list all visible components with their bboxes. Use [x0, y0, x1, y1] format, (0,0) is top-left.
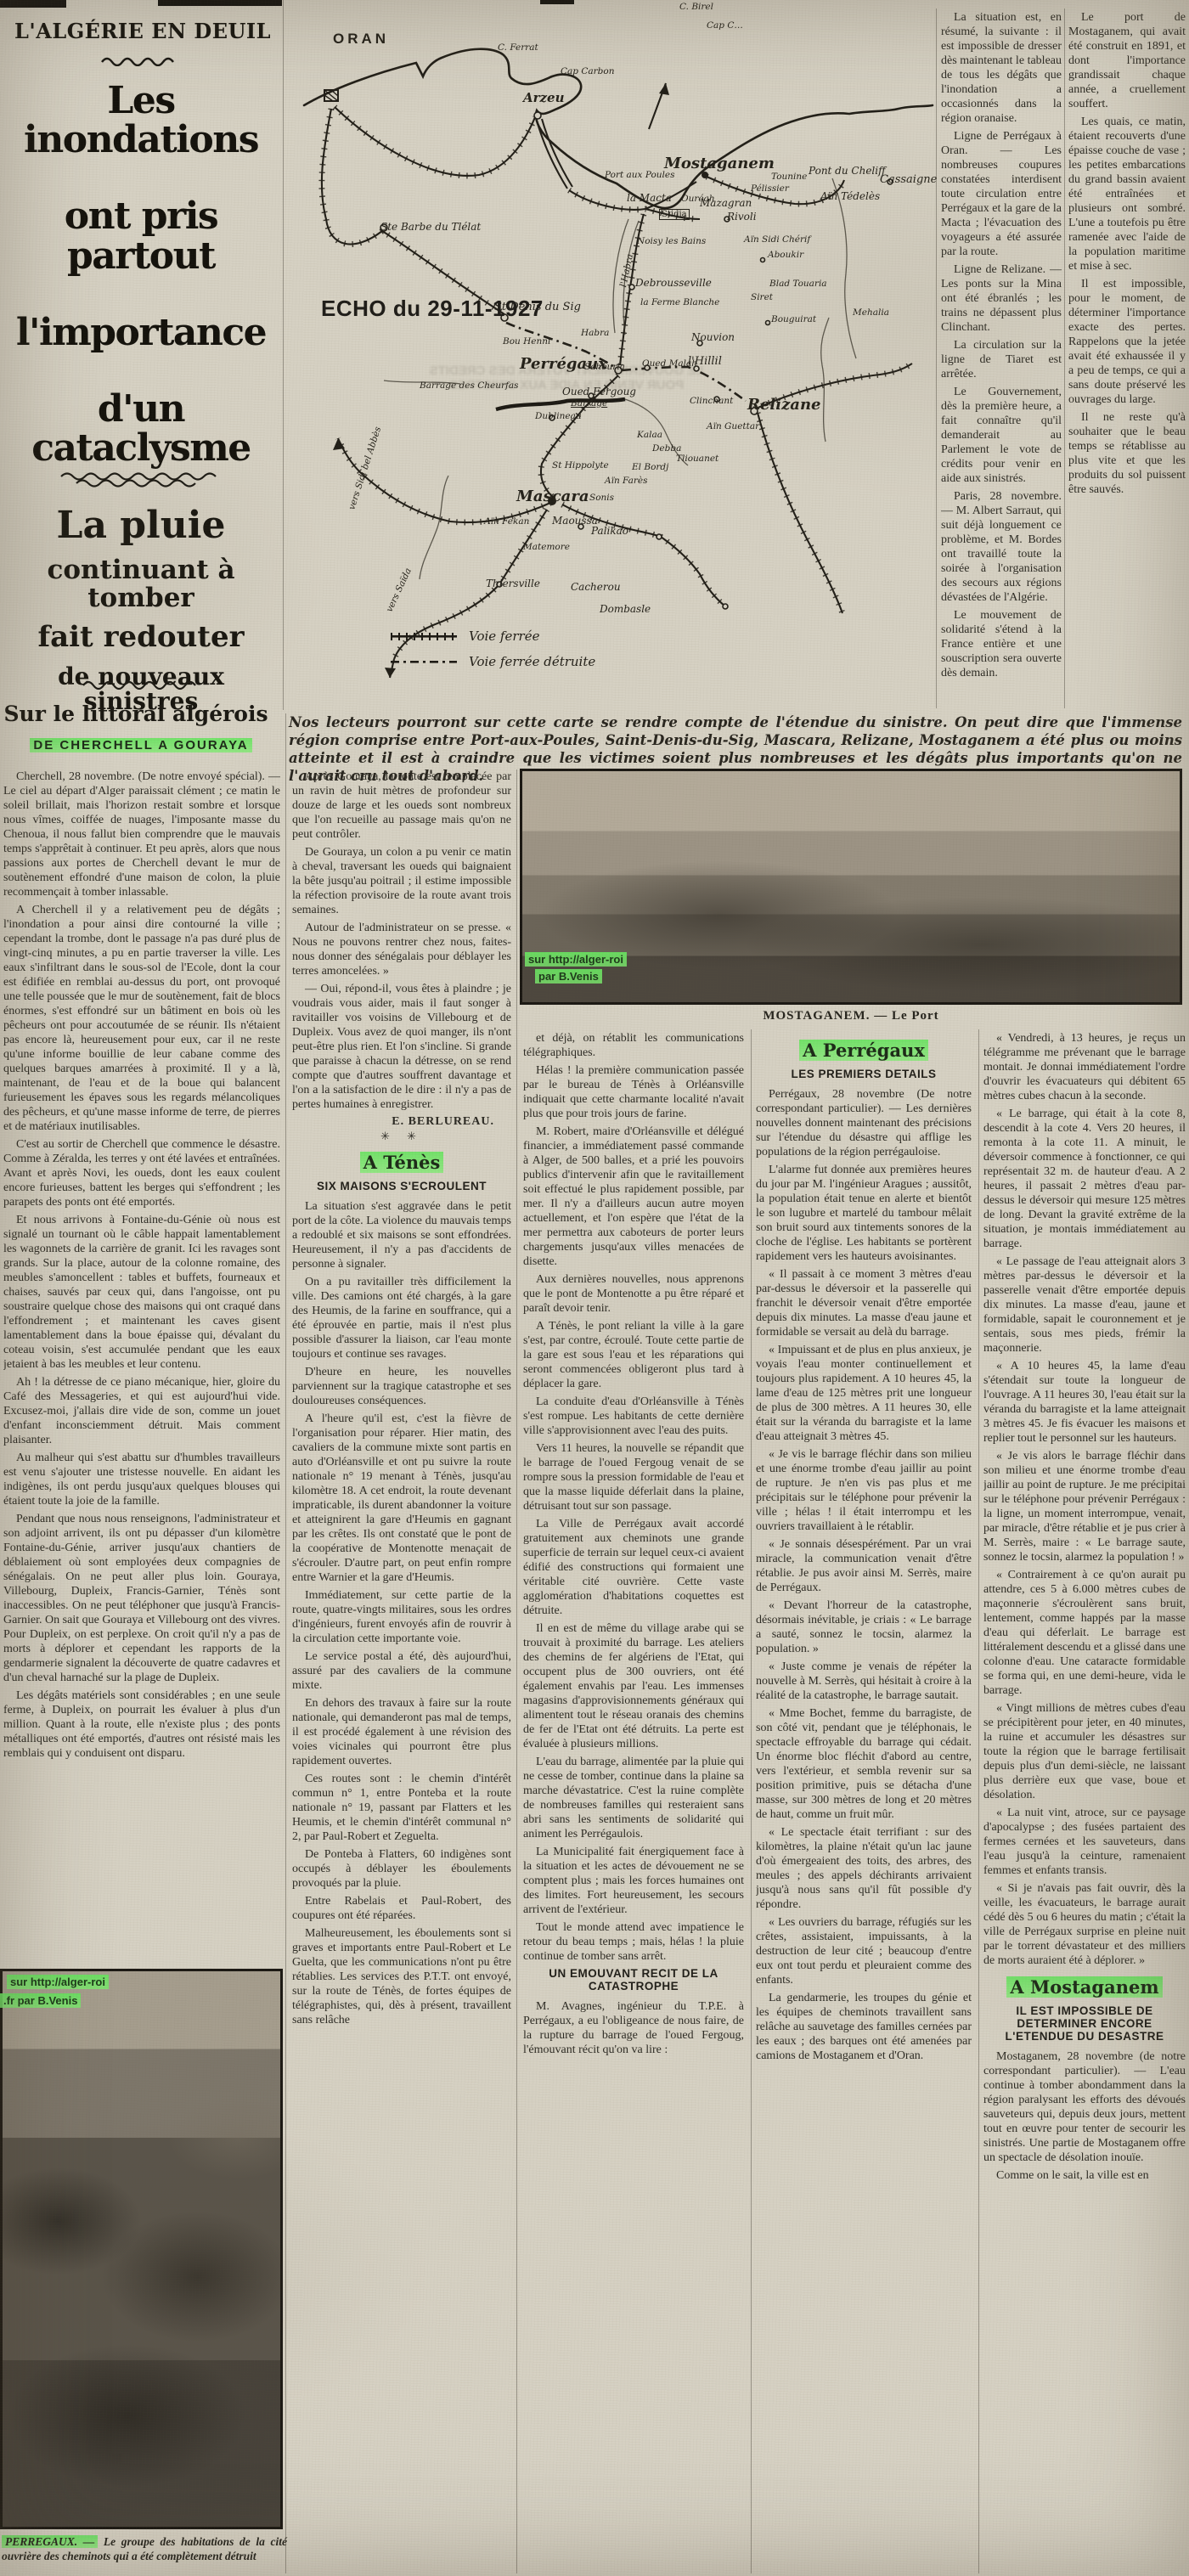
col-col2: Après Gouraya, la route est remplacée pa… [292, 769, 511, 2572]
paragraph: « Vingt millions de mètres cubes d'eau s… [983, 1701, 1186, 1802]
map-place-label: St Hippolyte [552, 460, 609, 471]
paragraph: « Le spectacle était terrifiant : sur de… [756, 1825, 972, 1912]
archive-stamp: ECHO du 29-11-1927 [321, 296, 544, 322]
map-place-label: Aïn Sidi Chérif [744, 234, 810, 245]
map-place-label: Arzeu [523, 90, 565, 105]
col-col3: et déjà, on rétablit les communications … [523, 1031, 744, 2573]
edition-overline: L'ALGÉRIE EN DEUIL [5, 19, 280, 43]
newspaper-page: { "masthead": { "overline": "L'ALGÉRIE E… [0, 0, 1189, 2576]
map-place-label: Relizane [747, 396, 821, 414]
paragraph: « Il passait à ce moment 3 mètres d'eau … [756, 1267, 972, 1339]
map-place-label: Barrage des Cheurfas [420, 380, 519, 391]
paragraph: Les dégâts matériels sont considérables … [3, 1688, 280, 1761]
paragraph: A Cherchell il y a relativement peu de d… [3, 903, 280, 1134]
map-place-label: Cap C… [707, 20, 743, 31]
column-rule [751, 1029, 752, 2573]
paragraph: Il est impossible, pour le moment, de dé… [1068, 277, 1186, 407]
legend-label: Voie ferrée détruite [469, 654, 595, 669]
paragraph: Au malheur qui s'est abattu sur d'humble… [3, 1451, 280, 1508]
paragraph: C'est au sortir de Cherchell que commenc… [3, 1137, 280, 1209]
mostaganem-photo-caption: MOSTAGANEM. — Le Port [520, 1009, 1182, 1023]
paragraph: Malheureusement, les éboulements sont si… [292, 1926, 511, 2027]
paragraph: « Vendredi, à 13 heures, je reçus un tél… [983, 1031, 1186, 1103]
map-place-label: Tliouanet [676, 454, 718, 464]
map-place-label: Noisy les Bains [637, 236, 706, 246]
paragraph: Cherchell, 28 novembre. (De notre envoyé… [3, 769, 280, 899]
map-place-label: Mascara [516, 488, 589, 505]
map-place-label: Palikao [591, 525, 628, 537]
headline-line: Les inondations [0, 82, 282, 160]
map-place-label: Oued Fergoug [562, 386, 636, 397]
paragraph: et déjà, on rétablit les communications … [523, 1031, 744, 1060]
column-rule [516, 769, 517, 2573]
map-place-label: ORAN [333, 31, 389, 48]
sub-headline-caps: LES PREMIERS DETAILS [761, 1068, 966, 1080]
paragraph: Ligne de Relizane. — Les ponts sur la Mi… [941, 262, 1062, 335]
map-place-label: Dublineau [535, 411, 582, 421]
destroyed-railway-line-icon [391, 658, 457, 666]
paragraph: Les quais, ce matin, étaient recouverts … [1068, 115, 1186, 273]
headline-line: La pluie [0, 506, 282, 545]
headline-line: d'un cataclysme [0, 390, 282, 468]
legend-label: Voie ferrée [469, 628, 539, 644]
paragraph: La gendarmerie, les troupes du génie et … [756, 1991, 972, 2063]
map-place-label: Oued Malah [642, 358, 697, 369]
paragraph: La situation s'est aggravée dans le peti… [292, 1199, 511, 1271]
headline-line: fait redouter [0, 623, 282, 653]
paragraph: Le port de Mostaganem, qui avait été con… [1068, 10, 1186, 111]
caption-highlight: PERREGAUX. — [2, 2535, 98, 2548]
section-kicker: DE CHERCHELL A GOURAYA [8, 738, 273, 753]
map-place-label: Kalaa [637, 430, 662, 440]
col-col1: Cherchell, 28 novembre. (De notre envoyé… [3, 769, 280, 1962]
paragraph: Ligne de Perrégaux à Oran. — Les nombreu… [941, 129, 1062, 259]
paragraph: Tout le monde attend avec impatience le … [523, 1920, 744, 1964]
top-rule-fragment [158, 0, 282, 6]
watermark: sur http://alger-roi [7, 1976, 109, 1988]
paragraph: Pendant que nous nous renseignons, l'adm… [3, 1512, 280, 1685]
paragraph: Le Gouvernement, dès la première heure, … [941, 385, 1062, 486]
paragraph: « A 10 heures 45, la lame d'eau s'étenda… [983, 1359, 1186, 1446]
asterism-divider: ✳ ✳ [292, 1130, 511, 1143]
squiggle-divider [59, 472, 221, 488]
map-place-label: Cacherou [571, 581, 621, 593]
legend-row: Voie ferrée détruite [391, 654, 595, 669]
paragraph: Perrégaux, 28 novembre (De notre corresp… [756, 1087, 972, 1159]
mostaganem-port-photo [520, 769, 1182, 1005]
top-rule-fragment [540, 0, 574, 4]
map-place-label: El Bordj [632, 462, 668, 472]
paragraph: Hélas ! la première communication passée… [523, 1063, 744, 1121]
paragraph: On a pu ravitailler très difficilement l… [292, 1275, 511, 1361]
map-place-label: Pont du Cheliff [809, 165, 886, 177]
map-place-label: Nouvion [691, 331, 735, 343]
map-place-label: Clinchant [690, 396, 733, 406]
paragraph: L'eau du barrage, alimentée par la pluie… [523, 1755, 744, 1841]
watermark: sur http://alger-roi [525, 953, 627, 966]
paragraph: Le service postal a été, dès aujourd'hui… [292, 1649, 511, 1693]
paragraph: M. Robert, maire d'Orléansville et délég… [523, 1125, 744, 1269]
top-rule-fragment [0, 0, 66, 8]
map-place-label: Pélissier [751, 183, 789, 194]
sub-headline-caps: UN EMOUVANT RECIT DE LA CATASTROPHE [528, 1967, 739, 1993]
col-colR1: La situation est, en résumé, la suivante… [941, 10, 1062, 708]
map-place-label: Aïn Fekan [484, 516, 529, 527]
sub-headline-caps: SIX MAISONS S'ECROULENT [297, 1180, 506, 1192]
map-place-label: Thiersville [486, 578, 540, 589]
kicker-highlight: DE CHERCHELL A GOURAYA [30, 738, 251, 753]
map-place-label: Debrousseville [635, 277, 712, 289]
map-place-label: Mazagran [700, 197, 752, 209]
headline-line: l'importance [0, 313, 282, 352]
map-place-label: Cassaigne [880, 173, 937, 186]
headline-line: continuant à tomber [0, 556, 282, 612]
paragraph: « La nuit vint, atroce, sur ce paysage d… [983, 1806, 1186, 1878]
sidebar-rule [283, 0, 284, 710]
paragraph: En dehors des travaux à faire sur la rou… [292, 1696, 511, 1768]
paragraph: « Mme Bochet, femme du barragiste, de so… [756, 1706, 972, 1822]
map-place-label: Aïn Tédelès [820, 190, 880, 202]
map-place-label: Tounine [771, 172, 807, 182]
map-place-label: Aïn Farès [605, 476, 648, 486]
map-place-label: Debba [652, 443, 681, 454]
map-place-label: Barrage [571, 398, 607, 409]
paragraph: « Si je n'avais pas fait ouvrir, dès la … [983, 1881, 1186, 1968]
column-rule [978, 1029, 979, 2573]
column-rule [1064, 8, 1065, 708]
paragraph: « Le barrage, qui était à la cote 8, des… [983, 1107, 1186, 1251]
map-place-label: Blad Touaria [769, 279, 827, 289]
flood-region-map: LE GOUVERNEMENT VOTERA DES CREDITS POUR … [282, 0, 938, 710]
railway-line-icon [391, 633, 457, 640]
map-legend: Voie ferréeVoie ferrée détruite [391, 628, 595, 679]
map-place-label: Sonis [589, 493, 614, 503]
section-subhead-highlight: A Ténès [292, 1152, 511, 1173]
paragraph: A Ténès, le pont reliant la ville à la g… [523, 1319, 744, 1391]
section-subhead-highlight: A Perrégaux [756, 1040, 972, 1061]
paragraph: Ah ! la détresse de ce piano mécanique, … [3, 1375, 280, 1447]
paragraph: La Municipalité fait énergiquement face … [523, 1845, 744, 1917]
watermark: par B.Venis [535, 970, 602, 983]
section-title: Sur le littoral algérois [0, 702, 272, 726]
paragraph: De Gouraya, un colon a pu venir ce matin… [292, 845, 511, 917]
map-place-label: C. Ferrat [498, 42, 538, 53]
paragraph: Le mouvement de solidarité s'étend à la … [941, 608, 1062, 680]
paragraph: « Les ouvriers du barrage, réfugiés sur … [756, 1915, 972, 1987]
perregaux-ruins-photo [0, 1969, 283, 2529]
col-col4: A PerrégauxLES PREMIERS DETAILSPerrégaux… [756, 1031, 972, 2573]
map-place-label: Mostaganem [664, 155, 775, 172]
squiggle-divider [100, 56, 182, 66]
paragraph: « Je vis alors le barrage fléchir dans s… [983, 1449, 1186, 1564]
paragraph: Et nous arrivons à Fontaine-du-Génie où … [3, 1213, 280, 1372]
watermark: .fr par B.Venis [0, 1994, 81, 2007]
paragraph: La Ville de Perrégaux avait accordé grat… [523, 1517, 744, 1618]
paragraph: Ces routes sont : le chemin d'intérêt co… [292, 1772, 511, 1844]
map-place-label: la Ferme Blanche [640, 297, 719, 307]
perregaux-photo-caption: PERREGAUX. — Le groupe des habitations d… [2, 2534, 287, 2563]
map-place-label: C. Birel [679, 2, 713, 12]
map-place-label: Aboukir [768, 250, 803, 260]
map-place-label: Dombasle [600, 603, 651, 615]
map-place-label: Cap Carbon [561, 66, 614, 76]
squiggle-divider [82, 679, 200, 690]
paragraph: « Contrairement à ce qu'on aurait pu att… [983, 1568, 1186, 1698]
paragraph: La circulation sur la ligne de Tiaret es… [941, 338, 1062, 381]
paragraph: L'alarme fut donnée aux premières heures… [756, 1163, 972, 1264]
map-place-label: Habra [581, 328, 609, 338]
paragraph: M. Avagnes, ingénieur du T.P.E. à Perrég… [523, 1999, 744, 2057]
paragraph: « Devant l'horreur de la catastrophe, dé… [756, 1598, 972, 1656]
col-col5: « Vendredi, à 13 heures, je reçus un tél… [983, 1031, 1186, 2573]
paragraph: Après Gouraya, la route est remplacée pa… [292, 769, 511, 842]
legend-row: Voie ferrée [391, 628, 595, 644]
paragraph: Aux dernières nouvelles, nous apprenons … [523, 1272, 744, 1316]
paragraph: Entre Rabelais et Paul-Robert, des coupu… [292, 1894, 511, 1923]
paragraph: Il ne reste qu'à souhaiter que le beau t… [1068, 410, 1186, 497]
paragraph: Immédiatement, sur cette partie de la ro… [292, 1588, 511, 1646]
paragraph: D'heure en heure, les nouvelles parvienn… [292, 1365, 511, 1408]
sub-headline-caps: IL EST IMPOSSIBLE DE DETERMINER ENCORE L… [989, 2004, 1181, 2043]
paragraph: A l'heure qu'il est, c'est la fièvre de … [292, 1412, 511, 1585]
paragraph: Autour de l'administrateur on se presse.… [292, 921, 511, 978]
paragraph: « Je sonnais désespérément. Par un vrai … [756, 1537, 972, 1595]
paragraph: La conduite d'eau d'Orléansville à Ténès… [523, 1395, 744, 1438]
sub-headline: La pluiecontinuant à tomberfait redouter… [0, 506, 282, 725]
map-place-label: Aïn Guettar [707, 421, 759, 431]
map-place-label: Ste Barbe du Tlélat [380, 221, 481, 233]
paragraph: Comme on le sait, la ville est en [983, 2168, 1186, 2183]
headline-line: ont pris partout [0, 197, 282, 275]
paragraph: Mostaganem, 28 novembre (de notre corres… [983, 2049, 1186, 2165]
paragraph: Vers 11 heures, la nouvelle se répandit … [523, 1441, 744, 1513]
section-subhead-highlight: A Mostaganem [983, 1976, 1186, 1998]
column-rule [936, 8, 937, 708]
map-place-label: Sahouria [584, 362, 625, 372]
map-place-label: Mehalia [853, 307, 889, 318]
map-place-label: Siret [751, 292, 773, 302]
map-place-label: Stidia [659, 209, 690, 220]
map-place-label: Bouguirat [771, 314, 816, 324]
col-colR2: Le port de Mostaganem, qui avait été con… [1068, 10, 1186, 708]
paragraph: Paris, 28 novembre. — M. Albert Sarraut,… [941, 489, 1062, 605]
map-place-label: Matemore [523, 542, 570, 552]
main-headline: Les inondationsont pris partoutl'importa… [0, 82, 282, 505]
paragraph: « Le passage de l'eau atteignait alors 3… [983, 1254, 1186, 1356]
paragraph: « Juste comme je venais de répéter la no… [756, 1660, 972, 1703]
map-place-label: Rivoli [727, 211, 757, 223]
paragraph: — Oui, répond-il, vous êtes à plaindre ;… [292, 982, 511, 1112]
paragraph: De Ponteba à Flatters, 60 indigènes sont… [292, 1847, 511, 1891]
map-place-label: la Macta [627, 192, 672, 204]
paragraph: « Impuissant et de plus en plus anxieux,… [756, 1343, 972, 1444]
byline-signature: E. BERLUREAU. [292, 1115, 511, 1129]
paragraph: La situation est, en résumé, la suivante… [941, 10, 1062, 126]
map-place-label: Bou Henni [503, 336, 550, 347]
paragraph: « Je vis le barrage fléchir dans son mil… [756, 1447, 972, 1534]
column-rule [285, 713, 286, 2573]
paragraph: Il en est de même du village arabe qui s… [523, 1621, 744, 1751]
